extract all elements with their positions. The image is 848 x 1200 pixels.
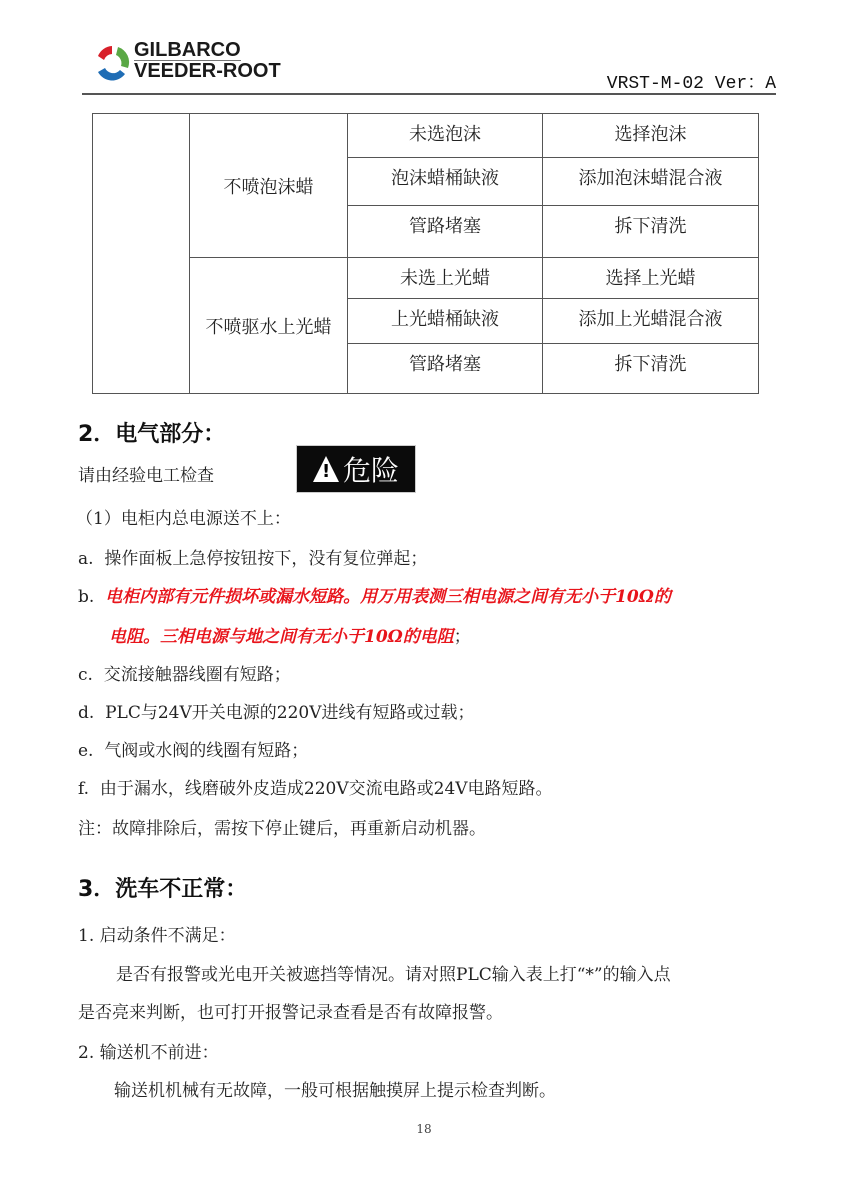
danger-label: 危险 [296, 445, 416, 493]
list-marker: e. [78, 741, 93, 761]
table-cell-solution: 拆下清洗 [543, 206, 759, 258]
list-marker: d. [78, 703, 94, 723]
header-divider [82, 93, 776, 95]
table-cell-fault: 不喷泡沫蜡 [190, 114, 348, 258]
intro-text: 请由经验电工检查 [78, 461, 214, 486]
list-item: a. 操作面板上急停按钮按下，没有复位弹起； [78, 544, 427, 569]
warning-text: 电阻。三相电源与地之间有无小于10Ω的电阻 [109, 627, 454, 647]
list-marker: c. [78, 665, 93, 685]
list-item-continuation: 电阻。三相电源与地之间有无小于10Ω的电阻； [109, 622, 471, 647]
logo-swirl-icon [92, 42, 132, 86]
brand-line1: GILBARCO [134, 40, 241, 61]
list-text: 操作面板上急停按钮按下，没有复位弹起； [104, 549, 427, 569]
table-cell-fault: 不喷驱水上光蜡 [190, 258, 348, 394]
table-cell-solution: 添加上光蜡混合液 [543, 299, 759, 344]
list-text: 交流接触器线圈有短路； [104, 665, 291, 685]
table-cell-empty [93, 114, 190, 394]
list-text: PLC与24V开关电源的220V进线有短路或过载； [105, 703, 474, 723]
table-cell-cause: 未选上光蜡 [348, 258, 543, 299]
troubleshooting-table: 不喷泡沫蜡 未选泡沫 选择泡沫 泡沫蜡桶缺液 添加泡沫蜡混合液 管路堵塞 拆下清… [92, 113, 759, 394]
table-cell-solution: 选择上光蜡 [543, 258, 759, 299]
section-heading-wash: 3．洗车不正常： [78, 872, 247, 903]
table-cell-cause: 管路堵塞 [348, 344, 543, 394]
table-cell-cause: 未选泡沫 [348, 114, 543, 158]
list-text: 由于漏水，线磨破外皮造成220V交流电路或24V电路短路。 [100, 779, 553, 799]
table-cell-cause: 泡沫蜡桶缺液 [348, 158, 543, 206]
list-marker: f. [78, 779, 89, 799]
warning-text: 电柜内部有元件损坏或漏水短路。用万用表测三相电源之间有无小于10Ω的 [105, 587, 671, 607]
table-cell-solution: 添加泡沫蜡混合液 [543, 158, 759, 206]
list-item: e. 气阀或水阀的线圈有短路； [78, 736, 308, 761]
document-id: VRST-M-02 Ver：A [607, 68, 776, 94]
paragraph-text: 是否亮来判断，也可打开报警记录查看是否有故障报警。 [78, 998, 503, 1023]
list-item: c. 交流接触器线圈有短路； [78, 660, 291, 685]
note-text: 注：故障排除后，需按下停止键后，再重新启动机器。 [78, 814, 486, 839]
list-text: 气阀或水阀的线圈有短路； [104, 741, 308, 761]
brand-line2: VEEDER-ROOT [134, 61, 281, 81]
table-row: 不喷驱水上光蜡 未选上光蜡 选择上光蜡 [93, 258, 759, 299]
page-number: 18 [0, 1122, 848, 1136]
danger-text: 危险 [343, 449, 399, 489]
list-marker: a. [78, 549, 94, 569]
table-row: 不喷泡沫蜡 未选泡沫 选择泡沫 [93, 114, 759, 158]
subheading-power: （1）电柜内总电源送不上： [76, 504, 291, 529]
paragraph-text: 输送机机械有无故障，一般可根据触摸屏上提示检查判断。 [114, 1076, 556, 1101]
table-cell-cause: 上光蜡桶缺液 [348, 299, 543, 344]
paragraph-text: 是否有报警或光电开关被遮挡等情况。请对照PLC输入表上打“*”的输入点 [116, 960, 671, 985]
section-heading-electrical: 2．电气部分： [78, 417, 225, 448]
list-item: b. 电柜内部有元件损坏或漏水短路。用万用表测三相电源之间有无小于10Ω的 [78, 582, 671, 607]
list-marker: b. [78, 587, 94, 607]
subheading-conveyor: 2. 输送机不前进： [78, 1038, 219, 1063]
subheading-start: 1. 启动条件不满足： [78, 921, 236, 946]
table-cell-solution: 选择泡沫 [543, 114, 759, 158]
warning-triangle-icon [313, 456, 339, 482]
company-logo: GILBARCO VEEDER-ROOT [92, 40, 292, 86]
list-item: f. 由于漏水，线磨破外皮造成220V交流电路或24V电路短路。 [78, 774, 553, 799]
table-cell-solution: 拆下清洗 [543, 344, 759, 394]
list-text-suffix: ； [454, 627, 471, 647]
table-cell-cause: 管路堵塞 [348, 206, 543, 258]
list-item: d. PLC与24V开关电源的220V进线有短路或过载； [78, 698, 474, 723]
